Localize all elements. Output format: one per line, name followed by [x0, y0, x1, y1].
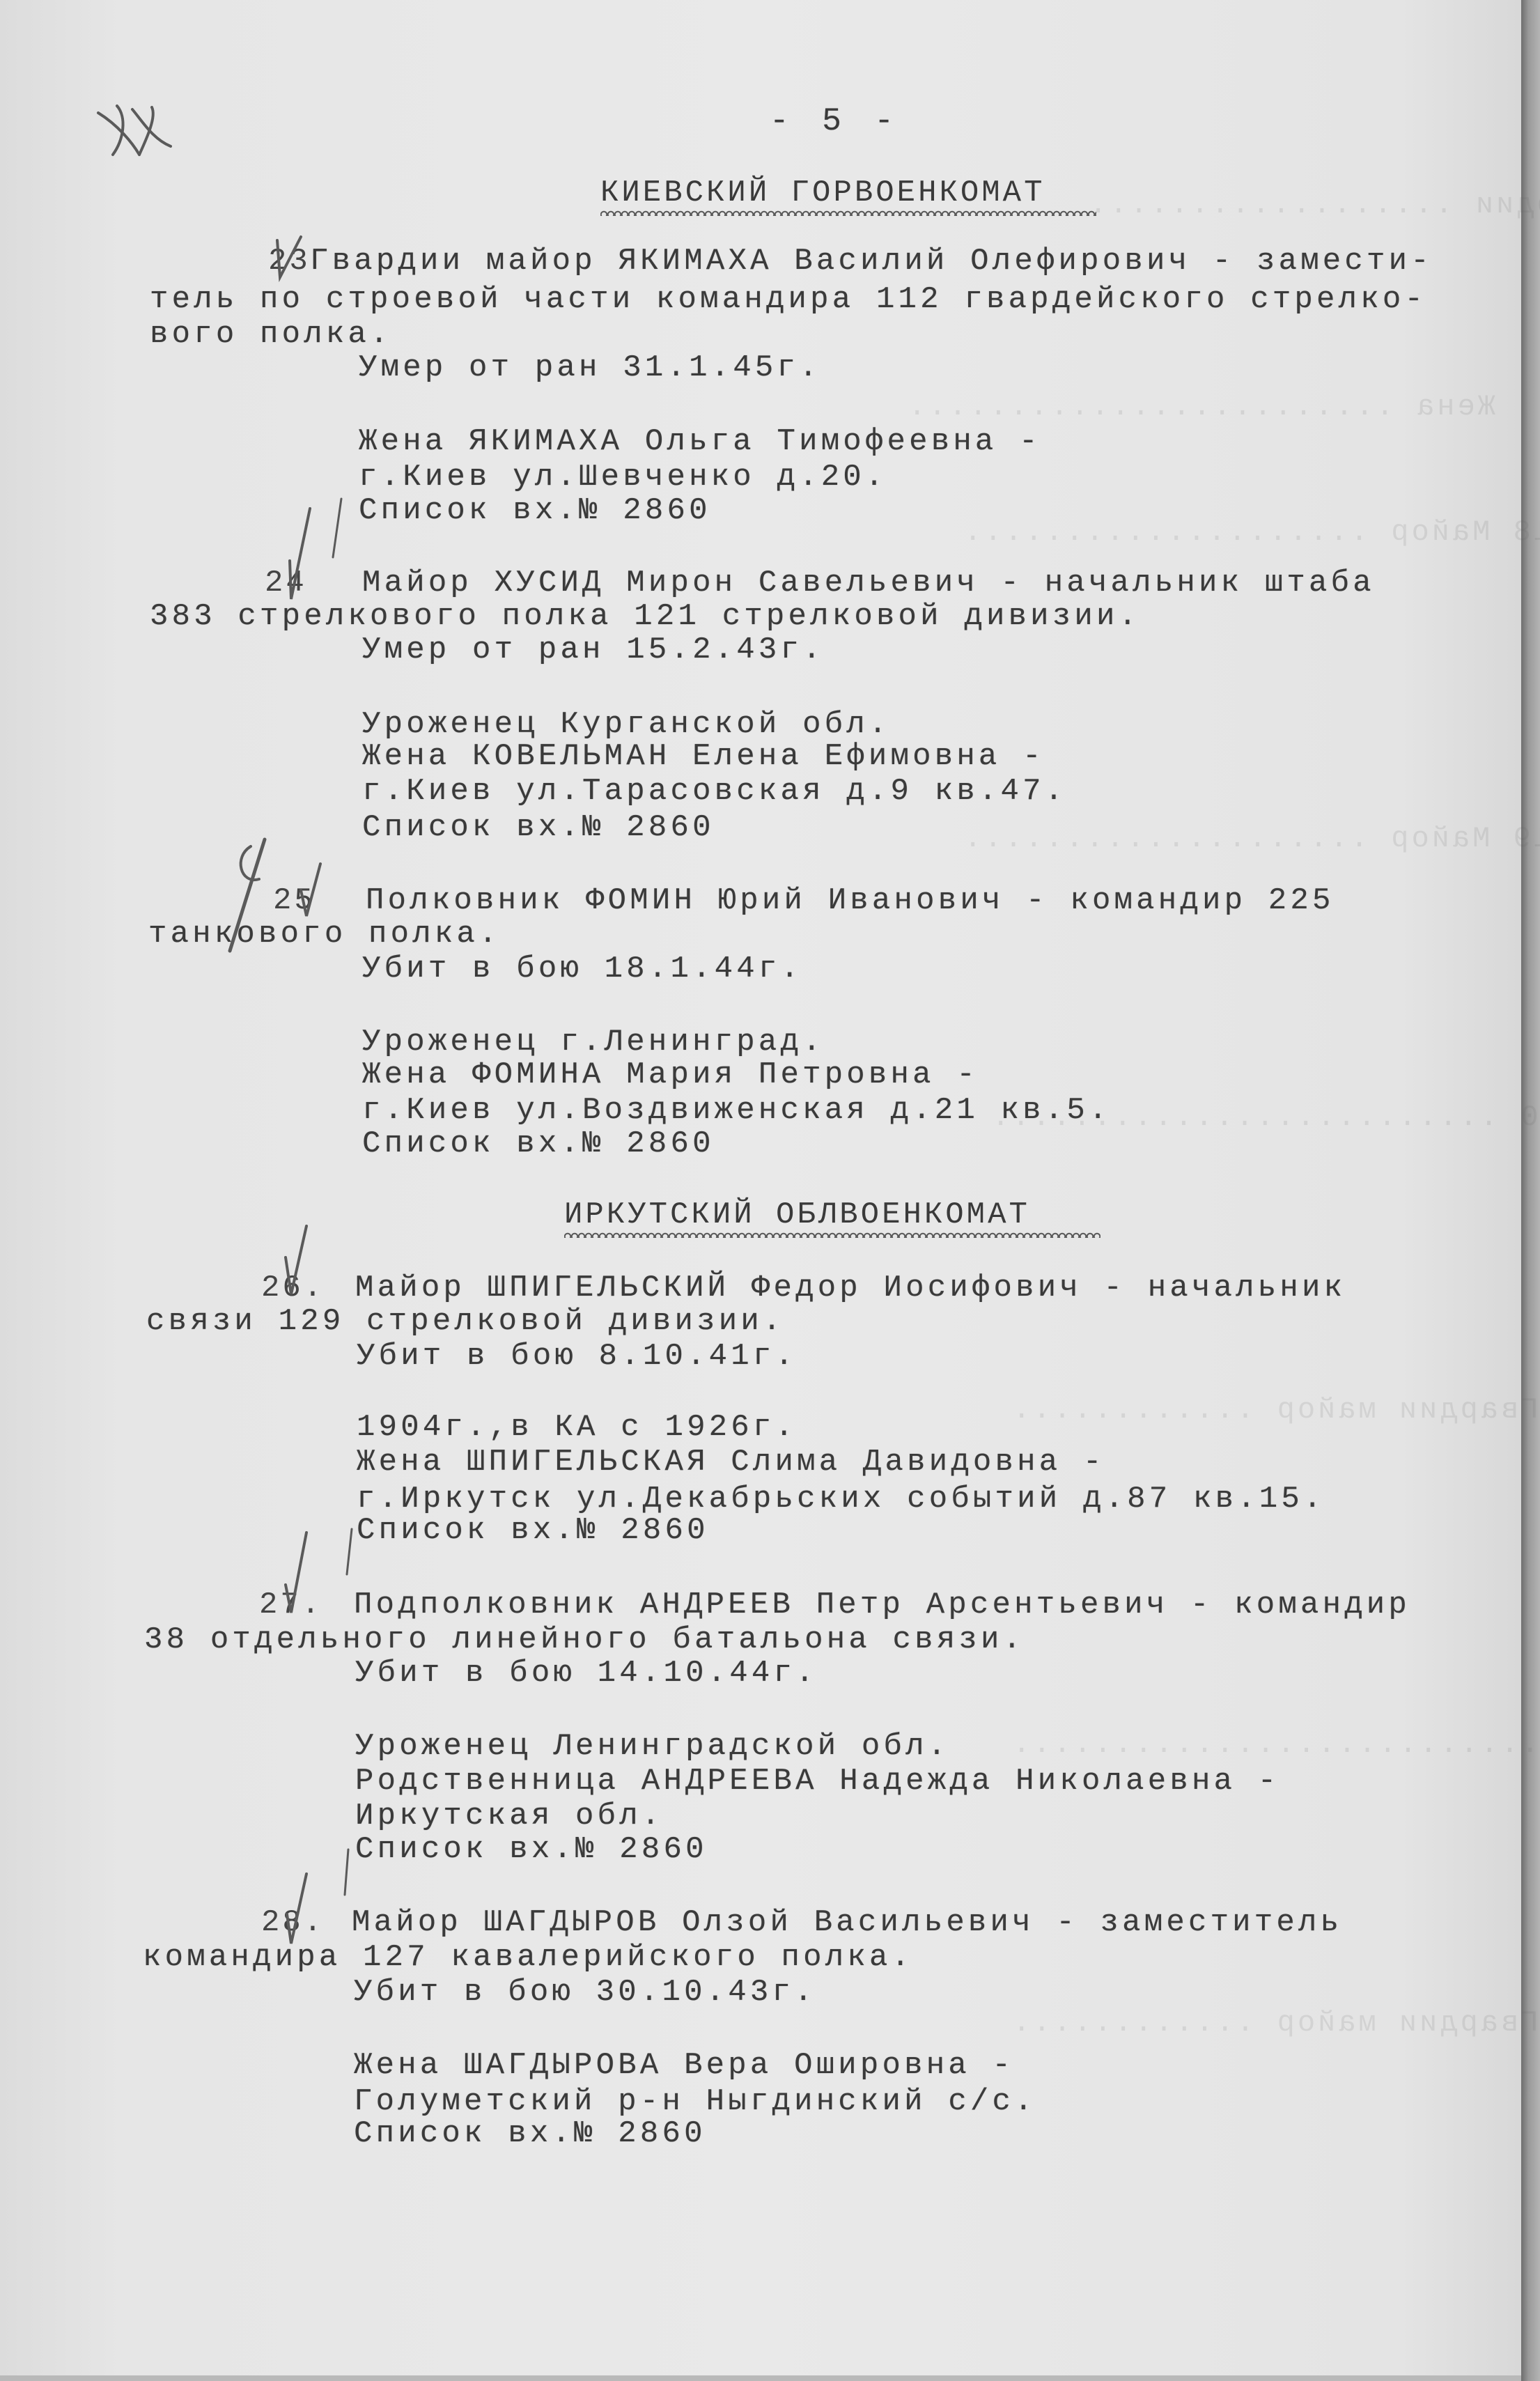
entry-birthplace: Уроженец Ленинградской обл. [355, 1731, 949, 1762]
section-heading-irkutsk: ИРКУТСКИЙ ОБЛВОЕНКОМАТ [564, 1200, 1030, 1230]
entry-relative: Жена ШПИГЕЛЬСКАЯ Слима Давидовна - [357, 1447, 1105, 1478]
entry-relative: Жена ШАГДЫРОВА Вера Ошировна - [354, 2050, 1014, 2081]
entry-address: Голуметский р-н Ныгдинский с/с. [354, 2086, 1036, 2117]
entry-list-ref: Список вх.№ 2860 [362, 812, 715, 843]
section-heading-kiev: КИЕВСКИЙ ГОРВОЕНКОМАТ [600, 178, 1045, 208]
entry-number: 24 [265, 568, 307, 598]
entry-birthplace: Уроженец г.Ленинград. [362, 1027, 825, 1057]
entry-status: Умер от ран 31.1.45г. [359, 352, 821, 383]
entry-relative: Жена КОВЕЛЬМАН Елена Ефимовна - [362, 741, 1045, 772]
entry-list-ref: Список вх.№ 2860 [362, 1129, 715, 1159]
entry-relative: Жена ФОМИНА Мария Петровна - [362, 1060, 979, 1090]
entry-list-ref: Список вх.№ 2860 [357, 1515, 709, 1546]
entry-birthplace: Уроженец Курганской обл. [362, 709, 891, 740]
bottom-edge [0, 2375, 1521, 2381]
entry-address: г.Киев ул.Воздвиженская д.21 кв.5. [362, 1095, 1111, 1126]
entry-list-ref: Список вх.№ 2860 [355, 1834, 708, 1865]
entry-text-line: 38 отдельного линейного батальона связи. [144, 1624, 1025, 1655]
entry-status: Убит в бою 8.10.41г. [357, 1341, 797, 1372]
entry-list-ref: Список вх.№ 2860 [359, 495, 711, 526]
entry-address: г.Киев ул.Шевченко д.20. [359, 462, 887, 493]
entry-text-line: Гвардии майор ЯКИМАХА Василий Олефирович… [310, 246, 1433, 277]
entry-relative: Жена ЯКИМАХА Ольга Тимофеевна - [359, 426, 1041, 457]
entry-number: 23 [268, 246, 311, 277]
entry-text-line: связи 129 стрелковой дивизии. [146, 1306, 785, 1337]
entry-status: Убит в бою 18.1.44г. [362, 954, 802, 984]
entry-text-line: Полковник ФОМИН Юрий Иванович - командир… [366, 885, 1335, 916]
entry-text-line: вого полка. [150, 319, 392, 350]
entry-text-line: Майор ХУСИД Мирон Савельевич - начальник… [362, 568, 1375, 598]
entry-list-ref: Список вх.№ 2860 [354, 2118, 706, 2149]
entry-address: г.Иркутск ул.Декабрьских событий д.87 кв… [357, 1484, 1325, 1514]
heading-underline [600, 209, 1096, 216]
entry-text-line: Майор ШАГДЫРОВ Олзой Васильевич - замест… [352, 1907, 1342, 1938]
entry-number: 25 [273, 885, 316, 916]
entry-number: 27. [259, 1590, 322, 1620]
entry-text-line: 383 стрелкового полка 121 стрелковой див… [150, 601, 1140, 632]
entry-status: Убит в бою 14.10.44г. [355, 1658, 818, 1689]
page-number: - 5 - [770, 106, 901, 137]
entry-text-line: Подполковник АНДРЕЕВ Петр Арсентьевич - … [354, 1590, 1410, 1620]
entry-text-line: тель по строевой части командира 112 гва… [150, 284, 1426, 315]
entry-relative: Родственница АНДРЕЕВА Надежда Николаевна… [355, 1766, 1280, 1797]
entry-number: 26. [261, 1273, 325, 1303]
entry-text-line: танкового полка. [148, 919, 501, 949]
entry-text-line: Майор ШПИГЕЛЬСКИЙ Федор Иосифович - нача… [355, 1273, 1346, 1303]
page-edge-shadow [1521, 0, 1540, 2381]
entry-status: Убит в бою 30.10.43г. [354, 1977, 816, 2008]
entry-address: Иркутская обл. [355, 1801, 663, 1831]
entry-text-line: командира 127 кавалерийского полка. [143, 1942, 913, 1973]
entry-status: Умер от ран 15.2.43г. [362, 635, 825, 665]
entry-address: г.Киев ул.Тарасовская д.9 кв.47. [362, 776, 1066, 807]
entry-number: 28. [261, 1907, 325, 1938]
entry-service: 1904г.,в КА с 1926г. [357, 1412, 797, 1443]
heading-underline [564, 1231, 1100, 1238]
